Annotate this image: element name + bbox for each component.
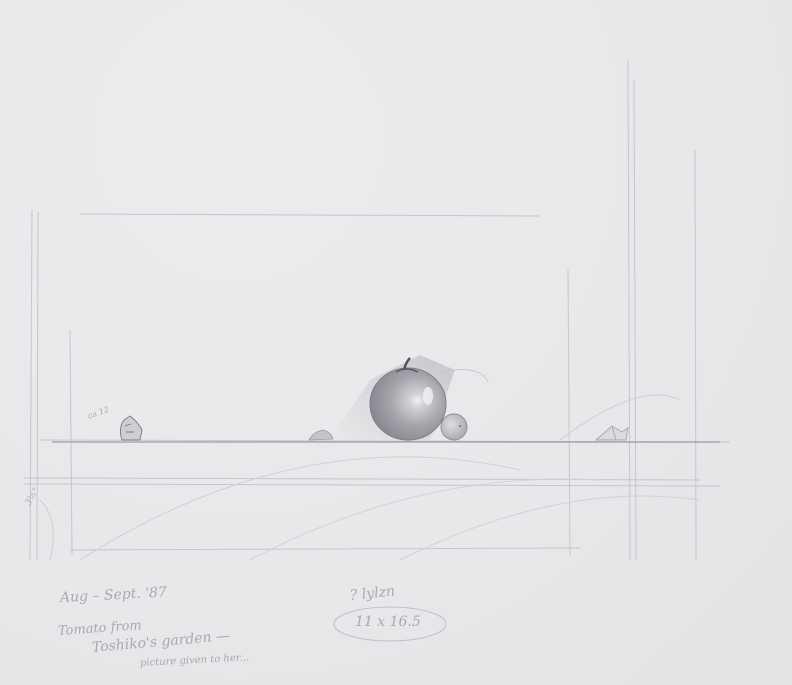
construction-lines	[24, 60, 730, 560]
dimensions-circle	[330, 602, 450, 646]
sketch-paper: Aug – Sept. '87 Tomato from Toshiko's ga…	[0, 0, 792, 685]
paper-fragment-right	[596, 426, 628, 440]
pencil-drawing	[0, 0, 792, 685]
pebble	[309, 430, 333, 440]
small-fruit	[441, 414, 467, 440]
seed-pod-left	[120, 416, 142, 440]
